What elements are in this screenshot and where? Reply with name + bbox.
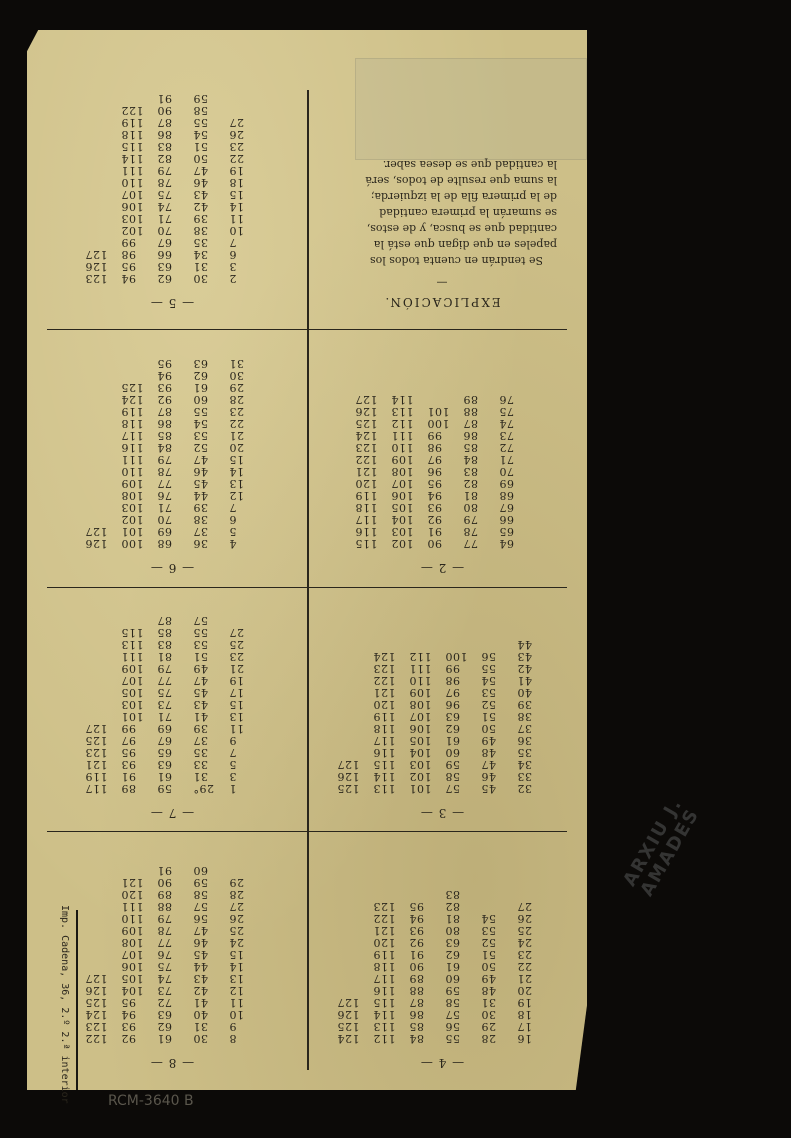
table-title: — 7 — xyxy=(47,806,297,820)
number-cell: 124 xyxy=(121,393,144,405)
number-cell: 46 xyxy=(193,176,208,188)
number-cell: 60 xyxy=(193,864,208,876)
number-cell: 119 xyxy=(121,116,144,128)
number-cell: 60 xyxy=(445,972,460,984)
explanation-line: la suma que resulte de todos, será xyxy=(327,172,557,188)
number-cell: 18 xyxy=(517,1008,532,1020)
number-cell: 122 xyxy=(85,1032,108,1044)
number-cell: 101 xyxy=(121,525,144,537)
number-cell: 117 xyxy=(121,429,144,441)
number-cell: 95 xyxy=(409,900,424,912)
number-cell: 10 xyxy=(229,224,244,236)
number-cell: 47 xyxy=(481,758,496,770)
number-cell: 7 xyxy=(229,236,237,248)
number-cell: 38 xyxy=(193,513,208,525)
number-cell: 70 xyxy=(157,513,172,525)
number-cell: 20 xyxy=(229,441,244,453)
number-cell: 39 xyxy=(193,212,208,224)
number-cell: 94 xyxy=(409,912,424,924)
number-cell: 115 xyxy=(121,140,144,152)
number-cell: 91 xyxy=(157,92,172,104)
number-cell: 13 xyxy=(229,477,244,489)
number-cell: 19 xyxy=(517,996,532,1008)
number-cell: 38 xyxy=(517,710,532,722)
number-cell: 79 xyxy=(157,662,172,674)
printed-page-rotated: — 4 — 1617181920212223242526272829303148… xyxy=(27,30,587,1090)
number-cell: 115 xyxy=(373,996,396,1008)
number-cell: 109 xyxy=(409,686,432,698)
number-cell: 107 xyxy=(121,188,144,200)
number-cell: 99 xyxy=(427,429,442,441)
number-cell: 56 xyxy=(481,650,496,662)
table-3: — 3 — 3233343536373839404142434445464748… xyxy=(317,590,567,820)
number-column: 9495989910210310610711011111411511811912… xyxy=(121,92,151,284)
number-cell: 8 xyxy=(229,1032,237,1044)
number-cell: 61 xyxy=(157,770,172,782)
number-cell: 87 xyxy=(157,116,172,128)
number-cell: 27 xyxy=(229,626,244,638)
number-cell: 113 xyxy=(391,405,414,417)
number-cell: 36 xyxy=(193,537,208,549)
number-cell: 123 xyxy=(85,272,108,284)
number-cell: 84 xyxy=(157,441,172,453)
number-cell: 76 xyxy=(157,489,172,501)
number-cell: 124 xyxy=(337,1032,360,1044)
number-cell: 66 xyxy=(157,248,172,260)
table-grid: 4567121314152021222328293031363738394445… xyxy=(47,357,297,549)
table-title: — 8 — xyxy=(47,1056,297,1070)
number-cell: 94 xyxy=(157,369,172,381)
number-cell: 57 xyxy=(445,1008,460,1020)
number-cell: 117 xyxy=(373,972,396,984)
number-cell: 35 xyxy=(193,746,208,758)
number-column: 13579111315171921232527 xyxy=(229,614,259,794)
number-cell: 98 xyxy=(445,674,460,686)
number-cell: 45 xyxy=(193,686,208,698)
number-cell: 62 xyxy=(445,722,460,734)
number-cell: 121 xyxy=(373,686,396,698)
number-cell: 113 xyxy=(121,638,144,650)
number-cell: 81 xyxy=(157,650,172,662)
number-cell: 44 xyxy=(193,960,208,972)
number-cell: 102 xyxy=(391,537,414,549)
number-cell: 57 xyxy=(193,614,208,626)
number-cell: 61 xyxy=(445,734,460,746)
number-cell: 124 xyxy=(355,429,378,441)
number-cell: 85 xyxy=(463,441,478,453)
number-cell: 21 xyxy=(229,662,244,674)
number-cell: 67 xyxy=(157,734,172,746)
number-cell: 97 xyxy=(445,686,460,698)
number-cell: 77 xyxy=(157,674,172,686)
number-cell: 6 xyxy=(229,513,237,525)
number-cell: 86 xyxy=(409,1008,424,1020)
number-cell: 120 xyxy=(373,698,396,710)
number-cell: 58 xyxy=(193,888,208,900)
number-cell: 37 xyxy=(193,525,208,537)
number-cell: 11 xyxy=(229,722,244,734)
number-cell: 107 xyxy=(409,710,432,722)
number-cell: 42 xyxy=(517,662,532,674)
number-cell: 22 xyxy=(229,152,244,164)
number-cell: 101 xyxy=(409,782,432,794)
number-cell: 14 xyxy=(229,960,244,972)
number-cell: 83 xyxy=(463,465,478,477)
number-cell: 14 xyxy=(229,200,244,212)
number-column: 101102103104105106107108109110111112 xyxy=(409,638,439,794)
number-cell: 125 xyxy=(337,782,360,794)
table-8: — 8 — 8910111213141524252627282930314041… xyxy=(47,840,297,1070)
number-cell: 122 xyxy=(121,104,144,116)
number-cell: 56 xyxy=(445,1020,460,1032)
number-cell: 41 xyxy=(193,710,208,722)
number-cell: 113 xyxy=(373,1020,396,1032)
number-cell: 122 xyxy=(373,912,396,924)
number-cell: 26 xyxy=(229,128,244,140)
table-4: — 4 — 1617181920212223242526272829303148… xyxy=(317,840,567,1070)
number-cell: 103 xyxy=(121,501,144,513)
number-cell: 27 xyxy=(229,116,244,128)
number-column: 29°3133353739414345474951535557 xyxy=(193,614,223,794)
number-cell: 106 xyxy=(121,200,144,212)
number-cell: 7 xyxy=(229,746,237,758)
number-cell: 6 xyxy=(229,248,237,260)
number-cell: 27 xyxy=(229,900,244,912)
number-cell: 5 xyxy=(229,525,237,537)
number-cell: 58 xyxy=(445,996,460,1008)
number-cell: 50 xyxy=(481,960,496,972)
number-cell: 26 xyxy=(229,912,244,924)
number-cell: 63 xyxy=(193,357,208,369)
number-cell: 39 xyxy=(193,722,208,734)
number-cell: 71 xyxy=(499,453,514,465)
table-grid: 8910111213141524252627282930314041424344… xyxy=(47,864,297,1044)
number-cell: 78 xyxy=(157,924,172,936)
number-cell: 104 xyxy=(391,513,414,525)
number-cell: 65 xyxy=(157,746,172,758)
number-cell: 125 xyxy=(355,417,378,429)
number-cell: 24 xyxy=(229,936,244,948)
number-cell: 126 xyxy=(85,984,108,996)
number-cell: 40 xyxy=(193,1008,208,1020)
number-cell: 83 xyxy=(157,638,172,650)
number-cell: 21 xyxy=(517,972,532,984)
number-cell: 121 xyxy=(85,758,108,770)
number-cell: 96 xyxy=(445,698,460,710)
number-cell: 92 xyxy=(409,936,424,948)
number-cell: 72 xyxy=(499,441,514,453)
number-cell: 113 xyxy=(373,782,396,794)
number-cell: 102 xyxy=(409,770,432,782)
number-cell: 55 xyxy=(193,626,208,638)
explanation-dash: — xyxy=(327,274,557,290)
number-cell: 78 xyxy=(157,465,172,477)
number-cell: 120 xyxy=(355,477,378,489)
number-cell: 41 xyxy=(193,996,208,1008)
number-cell: 74 xyxy=(157,200,172,212)
number-cell: 98 xyxy=(121,248,136,260)
number-cell: 46 xyxy=(481,770,496,782)
number-cell: 106 xyxy=(409,722,432,734)
number-column: 62636667707174757879828386879091 xyxy=(157,92,187,284)
number-cell: 126 xyxy=(85,537,108,549)
number-cell: 125 xyxy=(85,734,108,746)
number-cell: 32 xyxy=(517,782,532,794)
number-cell: 45 xyxy=(481,782,496,794)
number-column: 161718192021222324252627 xyxy=(517,888,547,1044)
number-cell: 126 xyxy=(355,405,378,417)
number-cell: 52 xyxy=(481,936,496,948)
number-column: 848586878889909192939495 xyxy=(409,888,439,1044)
number-cell: 122 xyxy=(373,674,396,686)
number-cell: 91 xyxy=(157,864,172,876)
number-column: 102103104105106107108109110111112113114 xyxy=(391,393,421,549)
number-cell: 23 xyxy=(229,140,244,152)
number-cell: 95 xyxy=(121,746,136,758)
number-cell: 63 xyxy=(157,260,172,272)
number-cell: 77 xyxy=(157,477,172,489)
number-cell: 106 xyxy=(121,960,144,972)
number-cell: 93 xyxy=(427,501,442,513)
number-cell: 86 xyxy=(463,429,478,441)
number-cell: 69 xyxy=(499,477,514,489)
number-cell: 105 xyxy=(121,686,144,698)
number-cell: 44 xyxy=(193,489,208,501)
number-cell: 118 xyxy=(373,960,396,972)
number-cell: 59 xyxy=(445,984,460,996)
number-cell: 7 xyxy=(229,501,237,513)
number-cell: 53 xyxy=(481,686,496,698)
number-cell: 20 xyxy=(517,984,532,996)
number-cell: 24 xyxy=(517,936,532,948)
number-column: 236710111415181922232627 xyxy=(229,92,259,284)
number-cell: 104 xyxy=(409,746,432,758)
number-cell: 127 xyxy=(85,525,108,537)
number-cell: 45 xyxy=(193,477,208,489)
number-cell: 81 xyxy=(463,489,478,501)
table-title: — 4 — xyxy=(317,1056,567,1070)
number-cell: 62 xyxy=(193,369,208,381)
number-cell: 43 xyxy=(517,650,532,662)
explanation-heading: EXPLICACIÓN. xyxy=(327,294,557,310)
number-cell: 51 xyxy=(481,710,496,722)
number-cell: 123 xyxy=(85,746,108,758)
number-cell: 98 xyxy=(427,441,442,453)
number-cell: 109 xyxy=(121,924,144,936)
number-cell: 28 xyxy=(229,888,244,900)
number-cell: 33 xyxy=(517,770,532,782)
number-cell: 70 xyxy=(157,224,172,236)
number-cell: 41 xyxy=(517,674,532,686)
number-cell: 93 xyxy=(409,924,424,936)
number-cell: 119 xyxy=(373,710,396,722)
number-cell: 56 xyxy=(193,912,208,924)
number-cell: 15 xyxy=(229,188,244,200)
number-cell: 103 xyxy=(121,212,144,224)
number-cell: 69 xyxy=(157,722,172,734)
number-cell: 75 xyxy=(157,686,172,698)
number-cell: 100 xyxy=(121,537,144,549)
number-cell: 10 xyxy=(229,1008,244,1020)
number-cell: 84 xyxy=(409,1032,424,1044)
number-cell: 94 xyxy=(427,489,442,501)
number-cell: 127 xyxy=(337,996,360,1008)
number-column: 124125126127 xyxy=(337,888,367,1044)
number-cell: 15 xyxy=(229,698,244,710)
number-cell: 123 xyxy=(85,1020,108,1032)
table-title: — 5 — xyxy=(47,296,297,310)
number-cell: 82 xyxy=(445,900,460,912)
number-cell: 102 xyxy=(121,513,144,525)
number-cell: 91 xyxy=(121,770,136,782)
number-cell: 95 xyxy=(427,477,442,489)
table-grid: 6465666768697071727374757677787980818283… xyxy=(317,393,567,549)
number-column: 126127 xyxy=(85,357,115,549)
number-cell: 49 xyxy=(193,662,208,674)
number-cell: 108 xyxy=(121,936,144,948)
number-cell: 95 xyxy=(121,260,136,272)
number-cell: 127 xyxy=(355,393,378,405)
number-cell: 114 xyxy=(391,393,414,405)
number-cell: 119 xyxy=(373,948,396,960)
number-cell: 109 xyxy=(391,453,414,465)
number-column: 113114115116117118119120121122123124 xyxy=(373,638,403,794)
number-cell: 25 xyxy=(517,924,532,936)
number-cell: 42 xyxy=(193,200,208,212)
number-column: 115116117118119120121122123124125126127 xyxy=(355,393,385,549)
number-cell: 48 xyxy=(481,984,496,996)
number-cell: 53 xyxy=(481,924,496,936)
number-cell: 73 xyxy=(157,698,172,710)
number-cell: 83 xyxy=(157,140,172,152)
number-cell: 19 xyxy=(229,674,244,686)
number-cell: 121 xyxy=(121,876,144,888)
number-cell: 110 xyxy=(121,912,144,924)
number-column: 112113114115116117118119120121122123 xyxy=(373,888,403,1044)
number-cell: 17 xyxy=(517,1020,532,1032)
number-cell: 23 xyxy=(229,405,244,417)
number-column: 122123124125126127 xyxy=(85,864,115,1044)
number-cell: 94 xyxy=(121,272,136,284)
number-cell: 48 xyxy=(481,746,496,758)
number-cell: 69 xyxy=(157,525,172,537)
number-cell: 34 xyxy=(517,758,532,770)
number-cell: 39 xyxy=(517,698,532,710)
number-cell: 31 xyxy=(481,996,496,1008)
number-cell: 29° xyxy=(193,782,214,794)
number-cell: 126 xyxy=(337,770,360,782)
number-column: 68697071767778798485868792939495 xyxy=(157,357,187,549)
number-cell: 47 xyxy=(193,453,208,465)
number-cell: 110 xyxy=(409,674,432,686)
table-title: — 2 — xyxy=(317,561,567,575)
number-cell: 55 xyxy=(193,405,208,417)
number-cell: 47 xyxy=(193,924,208,936)
number-cell: 116 xyxy=(373,746,396,758)
number-cell: 46 xyxy=(193,465,208,477)
table-2: — 2 — 6465666768697071727374757677787980… xyxy=(317,345,567,575)
number-cell: 119 xyxy=(85,770,108,782)
number-cell: 127 xyxy=(85,722,108,734)
number-cell: 124 xyxy=(373,650,396,662)
number-cell: 29 xyxy=(229,876,244,888)
number-cell: 73 xyxy=(499,429,514,441)
explanation-line: papeles en que digan que está la xyxy=(327,236,557,252)
number-column: 117119121123125127 xyxy=(85,614,115,794)
number-cell: 67 xyxy=(157,236,172,248)
number-cell: 3 xyxy=(229,260,237,272)
number-cell: 59 xyxy=(157,782,172,794)
number-cell: 58 xyxy=(445,770,460,782)
number-cell: 35 xyxy=(193,236,208,248)
number-cell: 99 xyxy=(121,722,136,734)
number-cell: 67 xyxy=(499,501,514,513)
number-cell: 30 xyxy=(193,272,208,284)
explanation-line: de la primera fila de la izquierda; xyxy=(327,188,557,204)
number-cell: 17 xyxy=(229,686,244,698)
number-cell: 49 xyxy=(481,734,496,746)
number-cell: 92 xyxy=(427,513,442,525)
number-cell: 118 xyxy=(121,128,144,140)
number-cell: 26 xyxy=(517,912,532,924)
number-cell: 93 xyxy=(121,1020,136,1032)
archive-stamp: ARXIU J. AMADES xyxy=(620,794,704,900)
number-cell: 88 xyxy=(157,900,172,912)
number-cell: 63 xyxy=(445,710,460,722)
number-column: 90919293949596979899100101 xyxy=(427,393,457,549)
number-cell: 68 xyxy=(157,537,172,549)
number-cell: 31 xyxy=(229,357,244,369)
number-cell: 82 xyxy=(463,477,478,489)
number-cell: 63 xyxy=(157,1008,172,1020)
number-cell: 58 xyxy=(193,104,208,116)
number-cell: 76 xyxy=(499,393,514,405)
number-cell: 40 xyxy=(517,686,532,698)
explanation-block: EXPLICACIÓN. — Se tendrán en cuenta todo… xyxy=(327,156,557,310)
number-cell: 114 xyxy=(373,1008,396,1020)
number-cell: 23 xyxy=(229,650,244,662)
number-cell: 66 xyxy=(499,513,514,525)
number-cell: 117 xyxy=(373,734,396,746)
number-cell: 27 xyxy=(517,900,532,912)
number-cell: 30 xyxy=(193,1032,208,1044)
number-cell: 57 xyxy=(445,782,460,794)
number-cell: 29 xyxy=(229,381,244,393)
explanation-line: la cantidad que se desea saber. xyxy=(327,156,557,172)
number-cell: 52 xyxy=(193,441,208,453)
number-cell: 80 xyxy=(463,501,478,513)
number-cell: 33 xyxy=(193,758,208,770)
number-cell: 65 xyxy=(499,525,514,537)
number-column: 77787980818283848586878889 xyxy=(463,393,493,549)
number-cell: 92 xyxy=(121,1032,136,1044)
printer-imprint: Imp. Cadena, 36, 2.º 2.ª interior xyxy=(59,905,70,1105)
number-cell: 97 xyxy=(427,453,442,465)
number-cell: 72 xyxy=(157,996,172,1008)
number-cell: 25 xyxy=(229,924,244,936)
number-cell: 112 xyxy=(391,417,414,429)
number-cell: 9 xyxy=(229,1020,237,1032)
number-cell: 87 xyxy=(157,405,172,417)
number-cell: 94 xyxy=(121,1008,136,1020)
number-cell: 81 xyxy=(445,912,460,924)
number-cell: 36 xyxy=(517,734,532,746)
number-cell: 95 xyxy=(157,357,172,369)
number-cell: 115 xyxy=(355,537,378,549)
number-cell: 55 xyxy=(481,662,496,674)
number-cell: 42 xyxy=(193,984,208,996)
number-cell: 1 xyxy=(229,782,237,794)
